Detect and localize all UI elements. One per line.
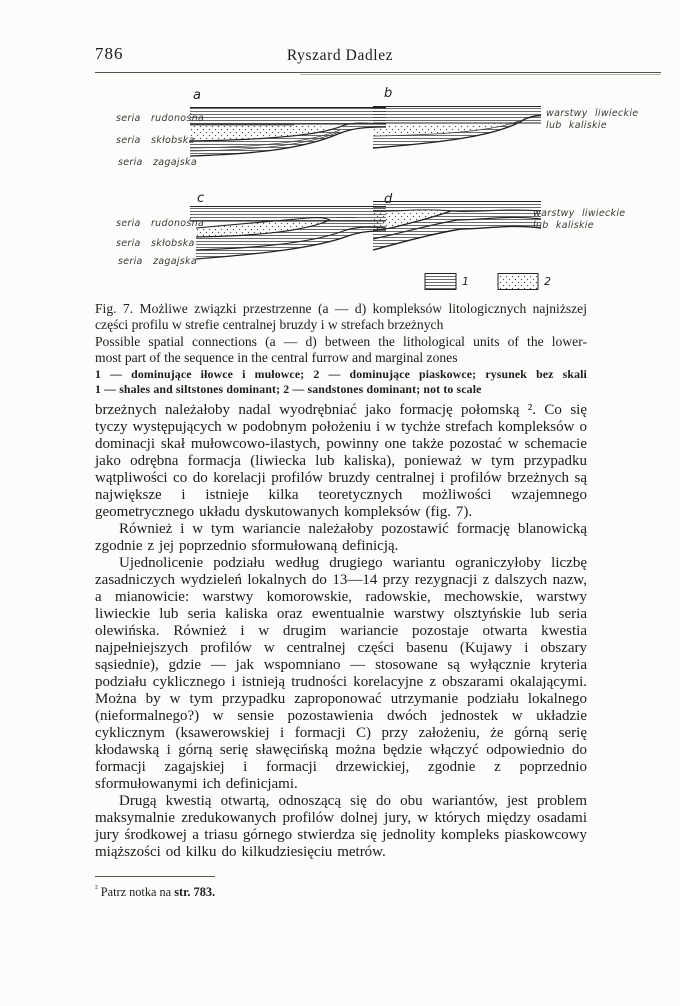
series-label-zagajska-a: seria zagajska [118,157,197,168]
panel-letter-b: b [384,86,392,101]
series-label-sklobska-c: seria skłobska [116,238,195,249]
legend-swatch-shales [425,274,456,290]
caption-pl-line2: części profilu w strefie centralnej bruz… [95,317,587,333]
body-text: brzeżnych należałoby nadal wyodrębniać j… [95,402,587,861]
header-rule [95,72,661,73]
cross-section-diagram-d [373,200,541,262]
caption-en-line1: Possible spatial connections (a — d) bet… [95,334,587,350]
footnote-page-ref: str. 783. [174,885,215,899]
caption-key-en: 1 — shales and siltstones dominant; 2 — … [95,382,587,397]
marginal-label-d-line1: warstwy liwieckie [533,208,625,220]
marginal-label-d-line2: lub kaliskie [533,220,625,232]
legend-number-2: 2 [544,275,551,288]
cross-section-diagram-b [373,104,541,164]
header-rule-2 [300,74,661,75]
cross-section-diagram-c [190,204,386,274]
footnote-marker: ² [95,883,98,893]
body-paragraph-1: brzeżnych należałoby nadal wyodrębniać j… [95,402,587,521]
scanned-paper-page: 786 Ryszard Dadlez a b c d seria rudonoś… [0,0,680,1006]
figure-caption: Fig. 7. Możliwe związki przestrzenne (a … [95,301,587,396]
body-paragraph-2: Również i w tym wariancie należałoby poz… [95,521,587,555]
series-label-zagajska-c: seria zagajska [118,256,197,267]
footnote: ² Patrz notka na str. 783. [95,883,587,900]
marginal-label-d: warstwy liwieckie lub kaliskie [533,208,625,231]
body-paragraph-3: Ujednolicenie podziału według drugiego w… [95,555,587,793]
caption-en-line2: most part of the sequence in the central… [95,350,587,366]
caption-key-pl: 1 — dominujące iłowce i mułowce; 2 — dom… [95,367,587,382]
marginal-label-b: warstwy liwieckie lub kaliskie [546,108,638,131]
panel-letter-a: a [193,88,201,103]
figure-legend [424,272,540,292]
footnote-text: Patrz notka na [101,885,171,899]
running-head: Ryszard Dadlez [0,47,680,65]
series-label-sklobska-a: seria skłobska [116,135,195,146]
body-paragraph-4: Drugą kwestią otwartą, odnoszącą się do … [95,793,587,861]
caption-pl-line1: Fig. 7. Możliwe związki przestrzenne (a … [95,301,587,317]
footnote-rule [95,876,215,877]
legend-swatch-sandstones [498,274,538,290]
marginal-label-b-line1: warstwy liwieckie [546,108,638,120]
legend-number-1: 1 [462,275,469,288]
cross-section-diagram-a [190,104,386,172]
marginal-label-b-line2: lub kaliskie [546,120,638,132]
